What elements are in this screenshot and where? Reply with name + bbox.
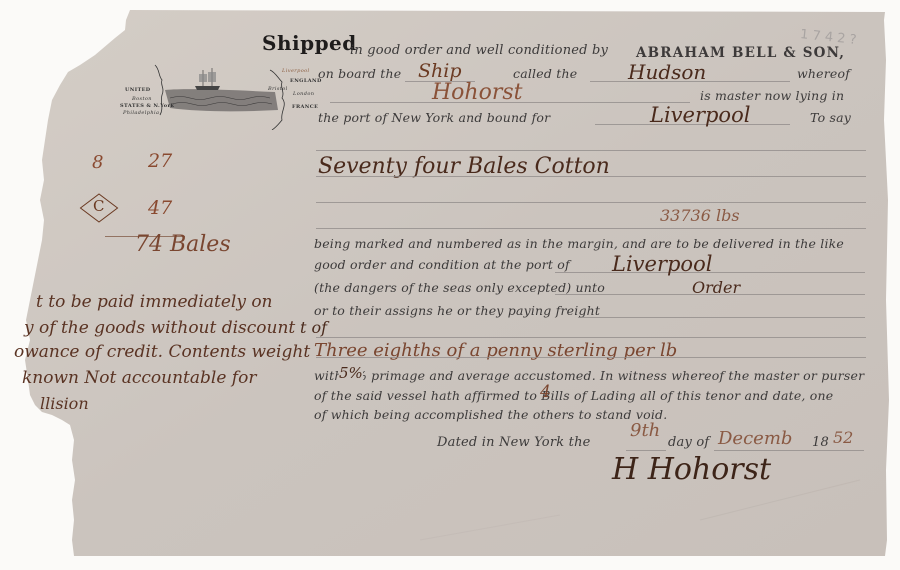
map-label-boston: Boston [132, 96, 152, 102]
printed-to-say: To say [810, 110, 851, 125]
printed-being-marked: being marked and numbered as in the marg… [314, 236, 844, 251]
date-day: 9th [630, 420, 660, 441]
printed-year-prefix: 18 [812, 435, 829, 450]
margin-count-2: 47 [148, 197, 172, 219]
date-year: 52 [833, 428, 853, 447]
rule [316, 337, 866, 338]
rule [316, 150, 866, 151]
freight-prefix: t of [300, 318, 327, 337]
printed-dangers: (the dangers of the seas only excepted) … [314, 280, 605, 295]
printed-day-of: day of [668, 435, 709, 450]
map-label-bristol: Bristol [268, 86, 288, 92]
weight: 33736 lbs [660, 206, 740, 225]
rule [316, 228, 866, 229]
bills-count: 4 [540, 382, 551, 402]
delivery-port: Liverpool [612, 252, 712, 276]
master-signature: H Hohorst [612, 452, 771, 487]
printed-is-master: is master now lying in [700, 88, 844, 103]
margin-total: 74 Bales [135, 232, 231, 257]
destination: Liverpool [650, 103, 750, 127]
printed-bills-of-lading: of the said vessel hath affirmed to Bill… [314, 388, 833, 403]
printed-good-order: good order and condition at the port of [314, 257, 570, 272]
map-label-states: STATES & N.York [120, 103, 174, 109]
map-label-france: FRANCE [292, 104, 318, 110]
printed-port-of: the port of New York and bound for [318, 110, 550, 125]
rule [578, 317, 865, 318]
left-note-line-3: owance of credit. Contents weight [14, 342, 310, 362]
printed-line-1: in good order and well conditioned by [350, 43, 608, 58]
left-note-line-5: llision [40, 394, 89, 413]
date-month: Decemb [718, 428, 792, 449]
map-label-england: ENGLAND [290, 78, 322, 84]
vessel-type: Ship [418, 60, 462, 82]
left-note-line-2: y of the goods without discount [24, 318, 295, 338]
master-name: Hohorst [432, 80, 523, 105]
rule [714, 450, 864, 451]
rule [316, 176, 866, 177]
margin-mark-2: C [93, 197, 104, 215]
printed-dated: Dated in New York the [437, 435, 591, 450]
map-label-london: London [293, 91, 314, 97]
map-label-united: UNITED [125, 87, 151, 93]
consignee: Order [692, 278, 740, 297]
printed-assigns: or to their assigns he or they paying fr… [314, 303, 600, 318]
rule [316, 202, 866, 203]
ship-vignette [110, 60, 310, 130]
printed-called-the: called the [513, 66, 577, 81]
vessel-name: Hudson [628, 60, 706, 84]
rule [626, 450, 666, 451]
left-note-line-4: known Not accountable for [22, 368, 256, 388]
printed-whereof: whereof [797, 66, 850, 81]
firm-name: ABRAHAM BELL & SON, [636, 45, 845, 61]
left-note-line-1: t to be paid immediately on [36, 292, 273, 312]
printed-stand-void: of which being accomplished the others t… [314, 407, 667, 422]
printed-primage: with 5% primage and average accustomed. … [314, 368, 864, 383]
margin-mark-1: 8 [92, 152, 103, 173]
margin-count-1: 27 [148, 150, 172, 172]
map-label-liverpool: Liverpool [282, 68, 310, 74]
heading-shipped: Shipped [262, 31, 357, 55]
map-label-philadelphia: Philadelphia [123, 110, 159, 116]
printed-on-board: on board the [318, 66, 401, 81]
primage-value: 5% [339, 364, 363, 382]
rule [316, 357, 866, 358]
